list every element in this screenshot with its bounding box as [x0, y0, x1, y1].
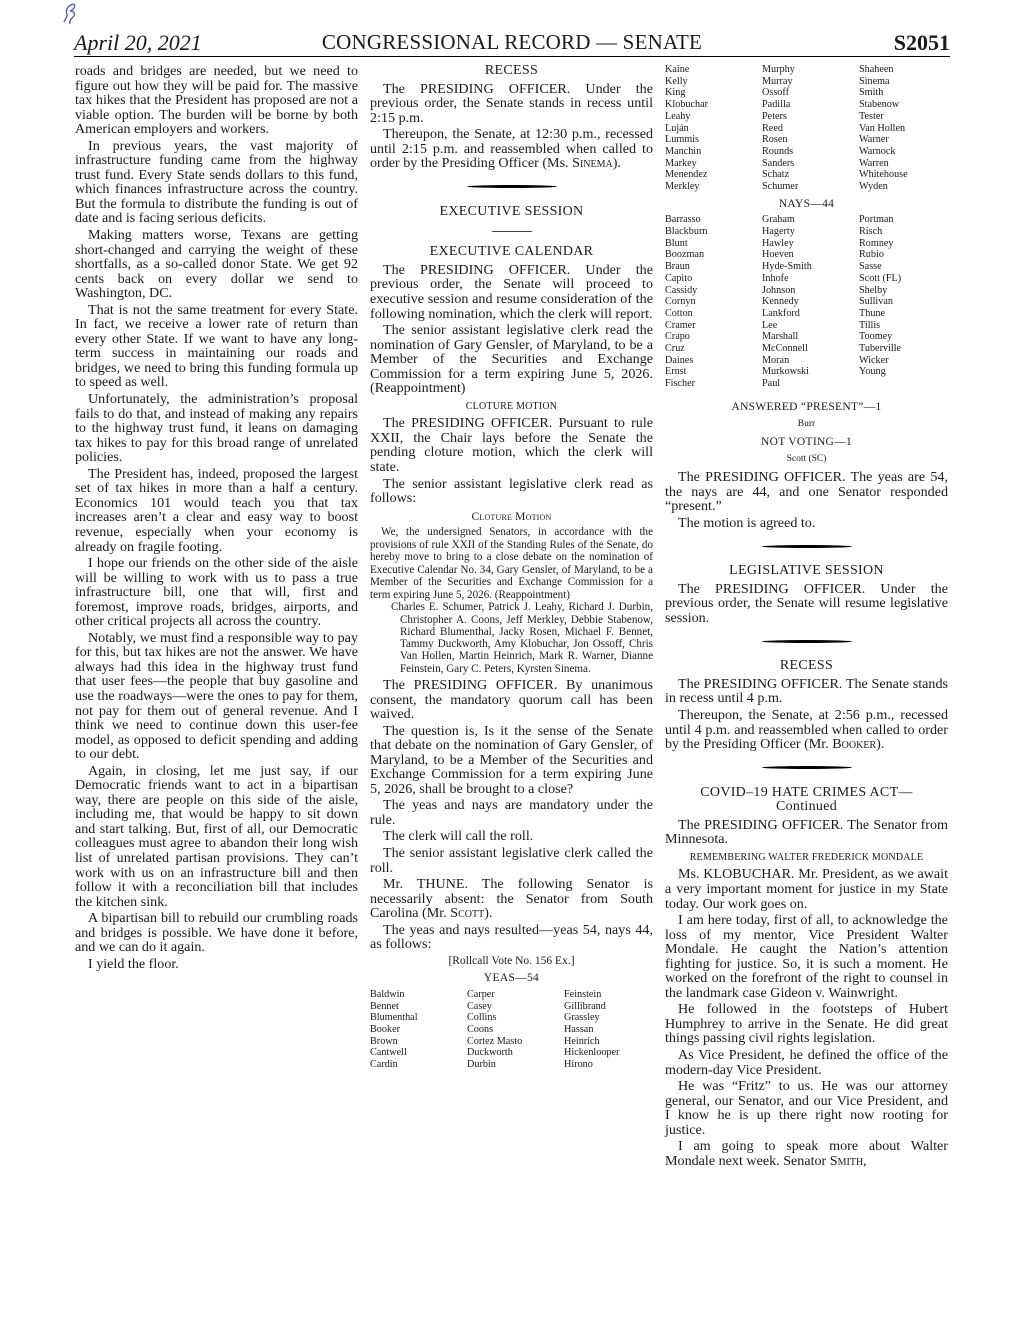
- paragraph: I hope our friends on the other side of …: [75, 556, 358, 629]
- present-heading: ANSWERED “PRESENT”—1: [665, 400, 948, 415]
- present-name: Burr: [665, 417, 948, 432]
- nays-list: BarrassoGrahamPortman BlackburnHagertyRi…: [665, 214, 948, 390]
- paragraph: He followed in the footsteps of Hubert H…: [665, 1002, 948, 1046]
- section-divider: [665, 635, 948, 647]
- paragraph: I am here today, first of all, to acknow…: [665, 913, 948, 1000]
- paragraph: Again, in closing, let me just say, if o…: [75, 764, 358, 909]
- paragraph: The PRESIDING OFFICER. Under the previou…: [665, 582, 948, 626]
- paragraph: The senior assistant legislative clerk r…: [370, 477, 653, 506]
- section-heading-recess-2: RECESS: [665, 659, 948, 674]
- section-heading-executive-session: EXECUTIVE SESSION: [370, 205, 653, 220]
- paragraph: A bipartisan bill to rebuild our crumbli…: [75, 911, 358, 955]
- paragraph: I am going to speak more about Walter Mo…: [665, 1139, 948, 1168]
- paragraph: The senior assistant legislative clerk r…: [370, 323, 653, 396]
- paragraph: As Vice President, he defined the office…: [665, 1048, 948, 1077]
- paragraph: Notably, we must find a responsible way …: [75, 631, 358, 762]
- section-heading-legislative-session: LEGISLATIVE SESSION: [665, 564, 948, 579]
- paragraph: The President has, indeed, proposed the …: [75, 467, 358, 554]
- paragraph: The PRESIDING OFFICER. The Senator from …: [665, 818, 948, 847]
- paragraph: The PRESIDING OFFICER. Pursuant to rule …: [370, 416, 653, 474]
- header-page-number: S2051: [894, 30, 950, 56]
- subheading-cloture-motion: CLOTURE MOTION: [370, 400, 653, 415]
- section-divider: [665, 540, 948, 552]
- paragraph: Mr. THUNE. The following Senator is nece…: [370, 877, 653, 921]
- column-2: RECESS The PRESIDING OFFICER. Under the …: [370, 64, 653, 1075]
- section-divider-thin: [492, 231, 532, 232]
- yeas-list-part-2: KaineMurphyShaheen KellyMurraySinema Kin…: [665, 64, 948, 193]
- paragraph: The PRESIDING OFFICER. Under the previou…: [370, 263, 653, 321]
- section-divider: [370, 181, 653, 193]
- column-1: roads and bridges are needed, but we nee…: [75, 64, 358, 973]
- column-3: KaineMurphyShaheen KellyMurraySinema Kin…: [665, 64, 948, 1170]
- nays-heading: NAYS—44: [665, 197, 948, 212]
- not-voting-heading: NOT VOTING—1: [665, 435, 948, 450]
- section-heading-covid-act: COVID–19 HATE CRIMES ACT—: [665, 786, 948, 801]
- paragraph: That is not the same treatment for every…: [75, 303, 358, 390]
- rollcall-label: [Rollcall Vote No. 156 Ex.]: [370, 954, 653, 969]
- paragraph: The senior assistant legislative clerk c…: [370, 846, 653, 875]
- paragraph: Thereupon, the Senate, at 2:56 p.m., rec…: [665, 708, 948, 752]
- paragraph: Making matters worse, Texans are getting…: [75, 228, 358, 301]
- paragraph: The clerk will call the roll.: [370, 829, 653, 844]
- paragraph: The question is, Is it the sense of the …: [370, 724, 653, 797]
- paragraph: In previous years, the vast majority of …: [75, 139, 358, 226]
- paragraph: The motion is agreed to.: [665, 516, 948, 531]
- paragraph: He was “Fritz” to us. He was our attorne…: [665, 1079, 948, 1137]
- page-header: April 20, 2021 CONGRESSIONAL RECORD — SE…: [74, 30, 950, 57]
- paragraph: The PRESIDING OFFICER. The yeas are 54, …: [665, 470, 948, 514]
- not-voting-name: Scott (SC): [665, 452, 948, 467]
- yeas-list-part-1: BaldwinCarperFeinstein BennetCaseyGillib…: [370, 989, 653, 1071]
- paragraph: Thereupon, the Senate, at 12:30 p.m., re…: [370, 127, 653, 171]
- paragraph: Ms. KLOBUCHAR. Mr. President, as we awai…: [665, 867, 948, 911]
- paragraph: The yeas and nays are mandatory under th…: [370, 798, 653, 827]
- cloture-signers: Charles E. Schumer, Patrick J. Leahy, Ri…: [380, 601, 653, 675]
- paragraph: The PRESIDING OFFICER. Under the previou…: [370, 82, 653, 126]
- paragraph: The PRESIDING OFFICER. The Senate stands…: [665, 677, 948, 706]
- header-title: CONGRESSIONAL RECORD — SENATE: [74, 30, 950, 55]
- section-heading-recess: RECESS: [370, 64, 653, 79]
- paragraph: I yield the floor.: [75, 957, 358, 972]
- section-heading-executive-calendar: EXECUTIVE CALENDAR: [370, 245, 653, 260]
- section-heading-continued: Continued: [665, 800, 948, 815]
- subheading-cloture-motion-text: Cloture Motion: [370, 510, 653, 525]
- subheading-remembering-mondale: REMEMBERING WALTER FREDERICK MONDALE: [665, 851, 948, 866]
- paragraph: Unfortunately, the administration’s prop…: [75, 392, 358, 465]
- gpo-eagle-logo-icon: [62, 2, 80, 26]
- section-divider: [665, 762, 948, 774]
- yeas-heading: YEAS—54: [370, 971, 653, 986]
- paragraph: The PRESIDING OFFICER. By unanimous cons…: [370, 678, 653, 722]
- paragraph: roads and bridges are needed, but we nee…: [75, 64, 358, 137]
- paragraph: The yeas and nays resulted—yeas 54, nays…: [370, 923, 653, 952]
- cloture-motion-body: We, the undersigned Senators, in accorda…: [370, 526, 653, 675]
